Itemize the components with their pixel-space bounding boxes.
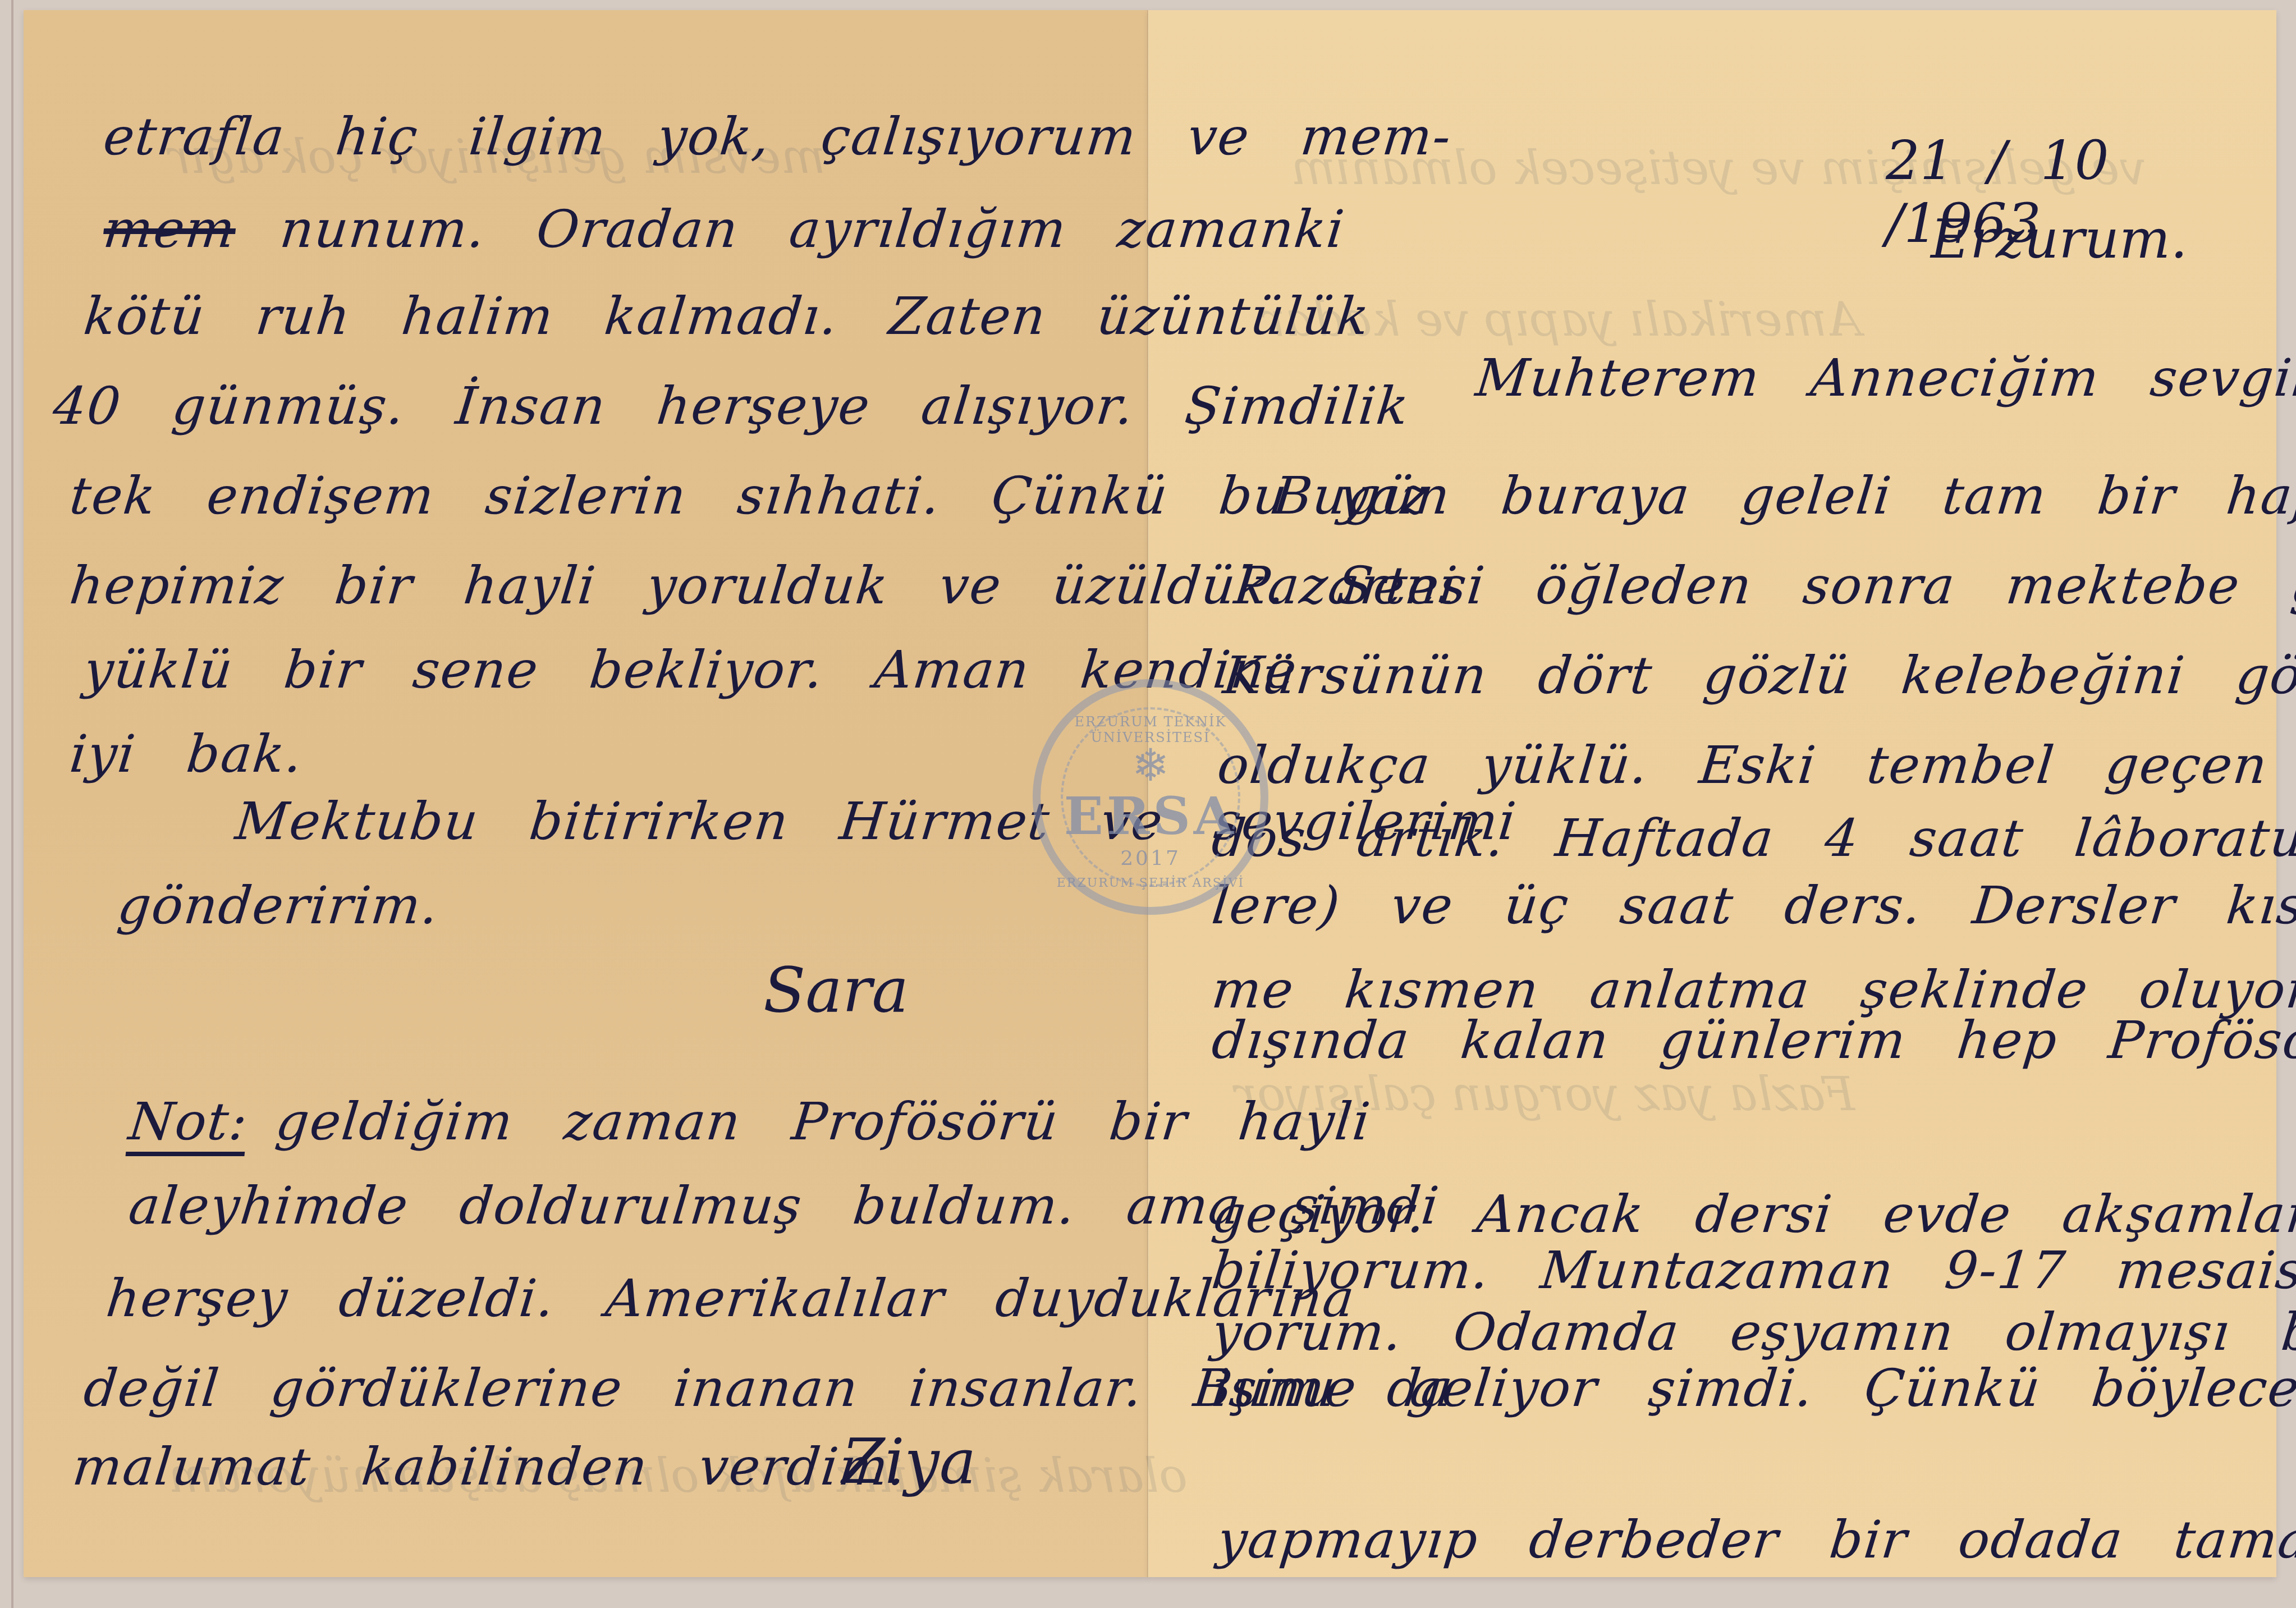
postscript-line: malumat kabilinden verdim. — [70, 1437, 909, 1497]
letter-line: memnunum. Oradan ayrıldığım zamanki — [100, 199, 1348, 259]
letter-line: dışında kalan günlerim hep Profösörün ya… — [1209, 1010, 2296, 1070]
postscript-line: herşey düzeldi. Amerikalılar duydukların… — [103, 1268, 1358, 1328]
date-separator: / — [1886, 192, 1904, 255]
backdrop-edge — [11, 0, 13, 1608]
letter-line: geçiyor. Ancak dersi evde akşamları hazı… — [1209, 1184, 2296, 1244]
letter-line: iyi bak. — [67, 724, 306, 784]
postscript-signature: Ziya — [842, 1426, 976, 1497]
letter-line: 40 günmüş. İnsan herşeye alışıyor. Şimdi… — [50, 376, 1412, 436]
letter-line: tek endişem sizlerin sıhhati. Çünkü bu y… — [67, 466, 1432, 526]
letter-line: oldukça yüklü. Eski tembel geçen günlere… — [1215, 735, 2296, 795]
letter-line: işime geliyor şimdi. Çünkü böylece evde … — [1209, 1358, 2296, 1418]
closing-signature: Sara — [763, 954, 909, 1026]
letter-line: kötü ruh halim kalmadı. Zaten üzüntülük — [81, 286, 1372, 346]
letter-line: lere) ve üç saat ders. Dersler kısmen te… — [1209, 876, 2296, 936]
letter-line: yorum. Odamda eşyamın olmayışı bir hayli — [1209, 1302, 2296, 1362]
postscript-line: Not:geldiğim zaman Profösörü bir hayli — [126, 1092, 1373, 1152]
date-month: 10 — [2041, 129, 2109, 192]
letter-line: dos artık. Haftada 4 saat lâboratuar (Ta… — [1209, 808, 2296, 868]
archive-stamp: ERZURUM TEKNİK ÜNİVERSİTESİ ❄ ERSA 2017 … — [1033, 679, 1268, 915]
letter-line: etrafla hiç ilgim yok, çalışıyorum ve me… — [100, 107, 1454, 167]
letter-line: yapmayıp derbeder bir odada tamamen çalı… — [1215, 1510, 2296, 1570]
stamp-year: 2017 — [1041, 847, 1261, 870]
date-separator: / — [1988, 129, 2006, 192]
letter-line-text: nunum. Oradan ayrıldığım zamanki — [277, 199, 1348, 259]
letter-line: biliyorum. Muntazaman 9-17 mesaisi yapı- — [1209, 1240, 2296, 1300]
snowflake-emblem-icon: ❄ — [1041, 743, 1261, 788]
stamp-bottom-text: ERZURUM ŞEHİR ARŞİVİ — [1041, 876, 1261, 890]
stamp-main-text: ERSA — [1041, 788, 1261, 844]
salutation: Muhterem Anneciğim sevgili Ablacığım, — [1473, 348, 2296, 408]
letter-line: Bugün buraya geleli tam bir hafta oldu. — [1271, 466, 2296, 526]
postscript-text: geldiğim zaman Profösörü bir hayli — [273, 1092, 1373, 1152]
date-day: 21 — [1886, 129, 1954, 192]
letter-line: Pazartesi öğleden sonra mektebe gittiğim… — [1231, 556, 2296, 616]
postscript-label: Not: — [126, 1092, 251, 1152]
letter-line: Kürsünün dört gözlü kelebeğini gördüm. B… — [1220, 645, 2296, 705]
letter-line: gönderirim. — [114, 876, 442, 936]
letter-place: Erzurum. — [1931, 208, 2188, 271]
struck-word: mem — [100, 199, 239, 259]
